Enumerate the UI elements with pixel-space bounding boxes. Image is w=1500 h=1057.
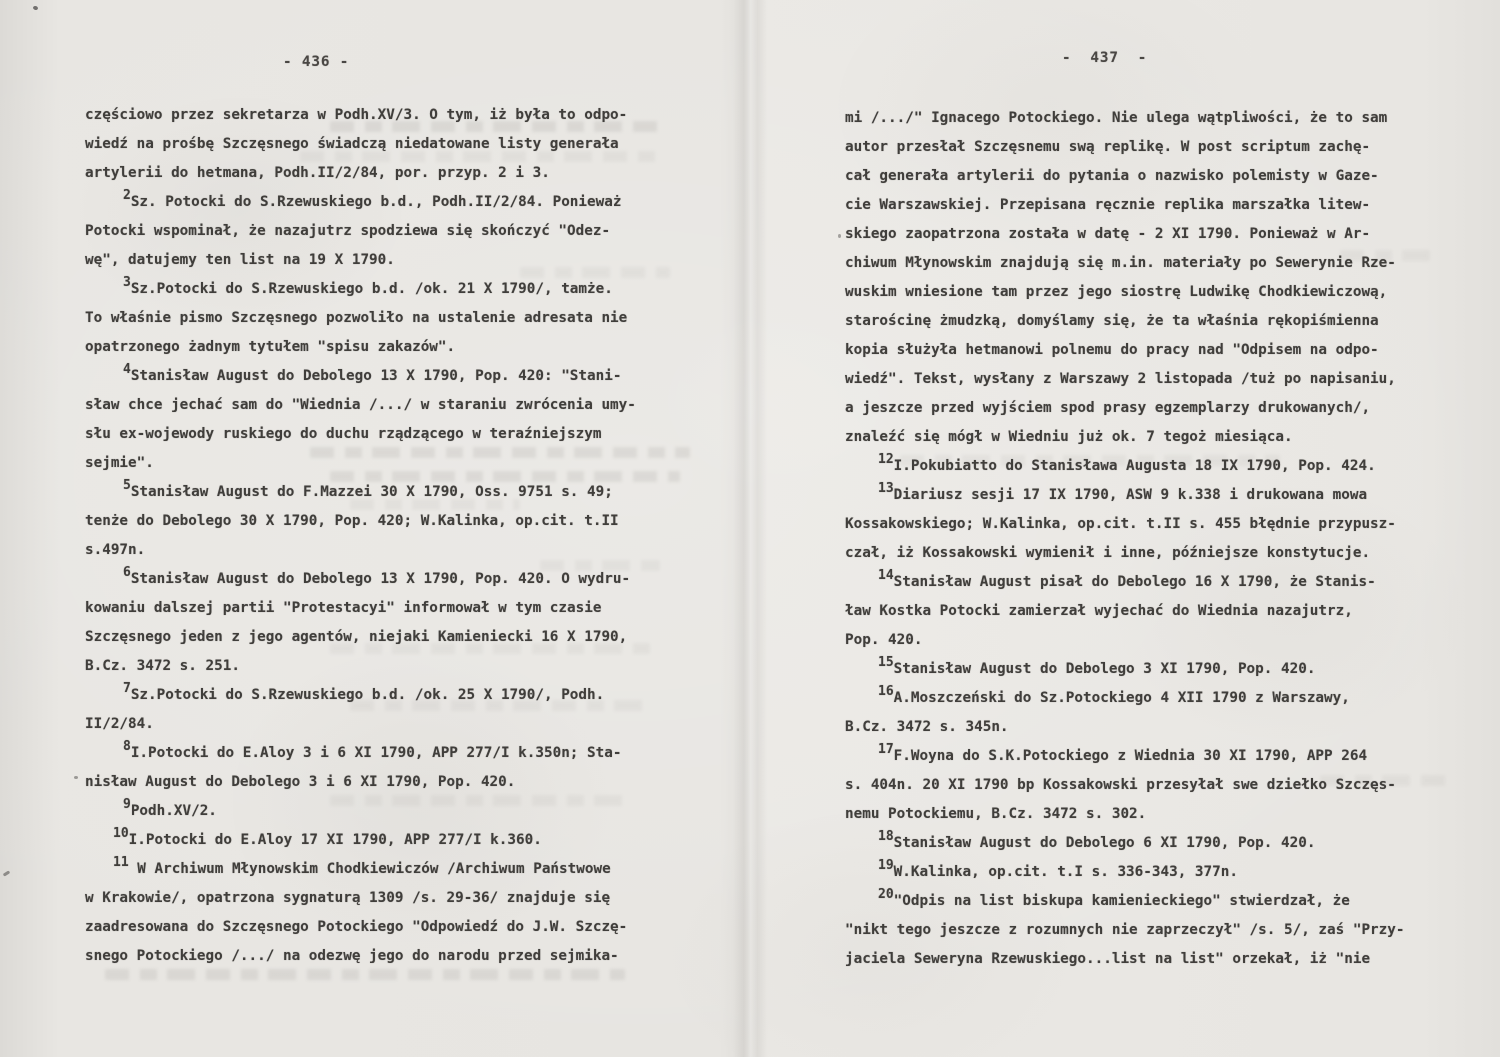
text-line: sejmie". xyxy=(85,449,636,478)
footnote-line: 14Stanisław August pisał do Debolego 16 … xyxy=(845,568,1404,597)
footnote-line: 8I.Potocki do E.Aloy 3 i 6 XI 1790, APP … xyxy=(85,739,636,768)
text-line: kopia służyła hetmanowi polnemu do pracy… xyxy=(845,336,1404,365)
footnote-number: 4 xyxy=(123,362,131,377)
scan-speck xyxy=(3,870,11,876)
footnote-line: 5Stanisław August do F.Mazzei 30 X 1790,… xyxy=(85,478,636,507)
footnote-number: 12 xyxy=(878,452,894,467)
text-line: słu ex-wojewody ruskiego do duchu rządzą… xyxy=(85,420,636,449)
text-line: kowaniu dalszej partii "Protestacyi" inf… xyxy=(85,594,636,623)
footnote-number: 8 xyxy=(123,739,131,754)
text-line: wę", datujemy ten list na 19 X 1790. xyxy=(85,246,636,275)
footnote-number: 14 xyxy=(878,568,894,583)
footnote-number: 13 xyxy=(878,481,894,496)
text-line: II/2/84. xyxy=(85,710,636,739)
footnote-line: 18Stanisław August do Debolego 6 XI 1790… xyxy=(845,829,1404,858)
text-line: jaciela Seweryna Rzewuskiego...list na l… xyxy=(845,945,1404,974)
scan-speck xyxy=(74,776,78,779)
text-line: B.Cz. 3472 s. 251. xyxy=(85,652,636,681)
text-line: opatrzonego żadnym tytułem "spisu zakazó… xyxy=(85,333,636,362)
footnote-number: 19 xyxy=(878,858,894,873)
footnote-number: 2 xyxy=(123,188,131,203)
footnote-line: 17F.Woyna do S.K.Potockiego z Wiednia 30… xyxy=(845,742,1404,771)
footnote-number: 17 xyxy=(878,742,894,757)
text-line: To właśnie pismo Szczęsnego pozwoliło na… xyxy=(85,304,636,333)
footnote-number: 18 xyxy=(878,829,894,844)
text-line: cie Warszawskiej. Przepisana ręcznie rep… xyxy=(845,191,1404,220)
text-line: a jeszcze przed wyjściem spod prasy egze… xyxy=(845,394,1404,423)
text-line: wuskim wniesione tam przez jego siostrę … xyxy=(845,278,1404,307)
text-line: s.497n. xyxy=(85,536,636,565)
text-line: chiwum Młynowskim znajdują się m.in. mat… xyxy=(845,249,1404,278)
text-line: starościnę żmudzką, domyślamy się, że ta… xyxy=(845,307,1404,336)
footnote-number: 10 xyxy=(113,826,129,841)
text-line: mi /.../" Ignacego Potockiego. Nie ulega… xyxy=(845,104,1404,133)
footnote-line: 4Stanisław August do Debolego 13 X 1790,… xyxy=(85,362,636,391)
page-437-text-block: mi /.../" Ignacego Potockiego. Nie ulega… xyxy=(845,104,1404,974)
page-436-text-block: częściowo przez sekretarza w Podh.XV/3. … xyxy=(85,101,636,971)
footnote-line: 2Sz. Potocki do S.Rzewuskiego b.d., Podh… xyxy=(85,188,636,217)
scanned-book-spread: { "document": { "kind": "scanned typewri… xyxy=(0,0,1500,1057)
footnote-line: 6Stanisław August do Debolego 13 X 1790,… xyxy=(85,565,636,594)
text-line: zaadresowana do Szczęsnego Potockiego "O… xyxy=(85,913,636,942)
footnote-line: 19W.Kalinka, op.cit. t.I s. 336-343, 377… xyxy=(845,858,1404,887)
footnote-line: 9Podh.XV/2. xyxy=(85,797,636,826)
footnote-number: 7 xyxy=(123,681,131,696)
text-line: w Krakowie/, opatrzona sygnaturą 1309 /s… xyxy=(85,884,636,913)
text-line: częściowo przez sekretarza w Podh.XV/3. … xyxy=(85,101,636,130)
footnote-line: 11 W Archiwum Młynowskim Chodkiewiczów /… xyxy=(85,855,636,884)
text-line: artylerii do hetmana, Podh.II/2/84, por.… xyxy=(85,159,636,188)
footnote-line: 3Sz.Potocki do S.Rzewuskiego b.d. /ok. 2… xyxy=(85,275,636,304)
text-line: "nikt tego jeszcze z rozumnych nie zaprz… xyxy=(845,916,1404,945)
footnote-number: 3 xyxy=(123,275,131,290)
text-line: ław Kostka Potocki zamierzał wyjechać do… xyxy=(845,597,1404,626)
scan-speck xyxy=(838,234,841,238)
text-line: Szczęsnego jeden z jego agentów, niejaki… xyxy=(85,623,636,652)
footnote-line: 15Stanisław August do Debolego 3 XI 1790… xyxy=(845,655,1404,684)
text-line: Kossakowskiego; W.Kalinka, op.cit. t.II … xyxy=(845,510,1404,539)
page-gutter-fold xyxy=(733,0,767,1057)
footnote-number: 16 xyxy=(878,684,894,699)
scan-speck xyxy=(33,5,39,10)
text-line: nemu Potockiemu, B.Cz. 3472 s. 302. xyxy=(845,800,1404,829)
text-line: Pop. 420. xyxy=(845,626,1404,655)
footnote-number: 5 xyxy=(123,478,131,493)
footnote-line: 10I.Potocki do E.Aloy 17 XI 1790, APP 27… xyxy=(85,826,636,855)
text-line: wiedź na prośbę Szczęsnego świadczą nied… xyxy=(85,130,636,159)
footnote-number: 20 xyxy=(878,887,894,902)
page-number-right: - 437 - xyxy=(1062,44,1147,73)
text-line: skiego zaopatrzona została w datę - 2 XI… xyxy=(845,220,1404,249)
footnote-number: 11 xyxy=(113,855,129,870)
text-line: snego Potockiego /.../ na odezwę jego do… xyxy=(85,942,636,971)
text-line: s. 404n. 20 XI 1790 bp Kossakowski przes… xyxy=(845,771,1404,800)
text-line: sław chce jechać sam do "Wiednia /.../ w… xyxy=(85,391,636,420)
text-line: znaleźć się mógł w Wiedniu już ok. 7 teg… xyxy=(845,423,1404,452)
text-line: Potocki wspominał, że nazajutrz spodziew… xyxy=(85,217,636,246)
footnote-line: 7Sz.Potocki do S.Rzewuskiego b.d. /ok. 2… xyxy=(85,681,636,710)
text-line: autor przesłał Szczęsnemu swą replikę. W… xyxy=(845,133,1404,162)
footnote-line: 16A.Moszczeński do Sz.Potockiego 4 XII 1… xyxy=(845,684,1404,713)
footnote-line: 13Diariusz sesji 17 IX 1790, ASW 9 k.338… xyxy=(845,481,1404,510)
text-line: B.Cz. 3472 s. 345n. xyxy=(845,713,1404,742)
footnote-number: 15 xyxy=(878,655,894,670)
page-number-left: - 436 - xyxy=(283,48,349,77)
text-line: wiedź". Tekst, wysłany z Warszawy 2 list… xyxy=(845,365,1404,394)
footnote-number: 9 xyxy=(123,797,131,812)
text-line: cał generała artylerii do pytania o nazw… xyxy=(845,162,1404,191)
footnote-number: 6 xyxy=(123,565,131,580)
text-line: czał, iż Kossakowski wymienił i inne, pó… xyxy=(845,539,1404,568)
text-line: nisław August do Debolego 3 i 6 XI 1790,… xyxy=(85,768,636,797)
footnote-line: 20"Odpis na list biskupa kamienieckiego"… xyxy=(845,887,1404,916)
text-line: tenże do Debolego 30 X 1790, Pop. 420; W… xyxy=(85,507,636,536)
footnote-line: 12I.Pokubiatto do Stanisława Augusta 18 … xyxy=(845,452,1404,481)
